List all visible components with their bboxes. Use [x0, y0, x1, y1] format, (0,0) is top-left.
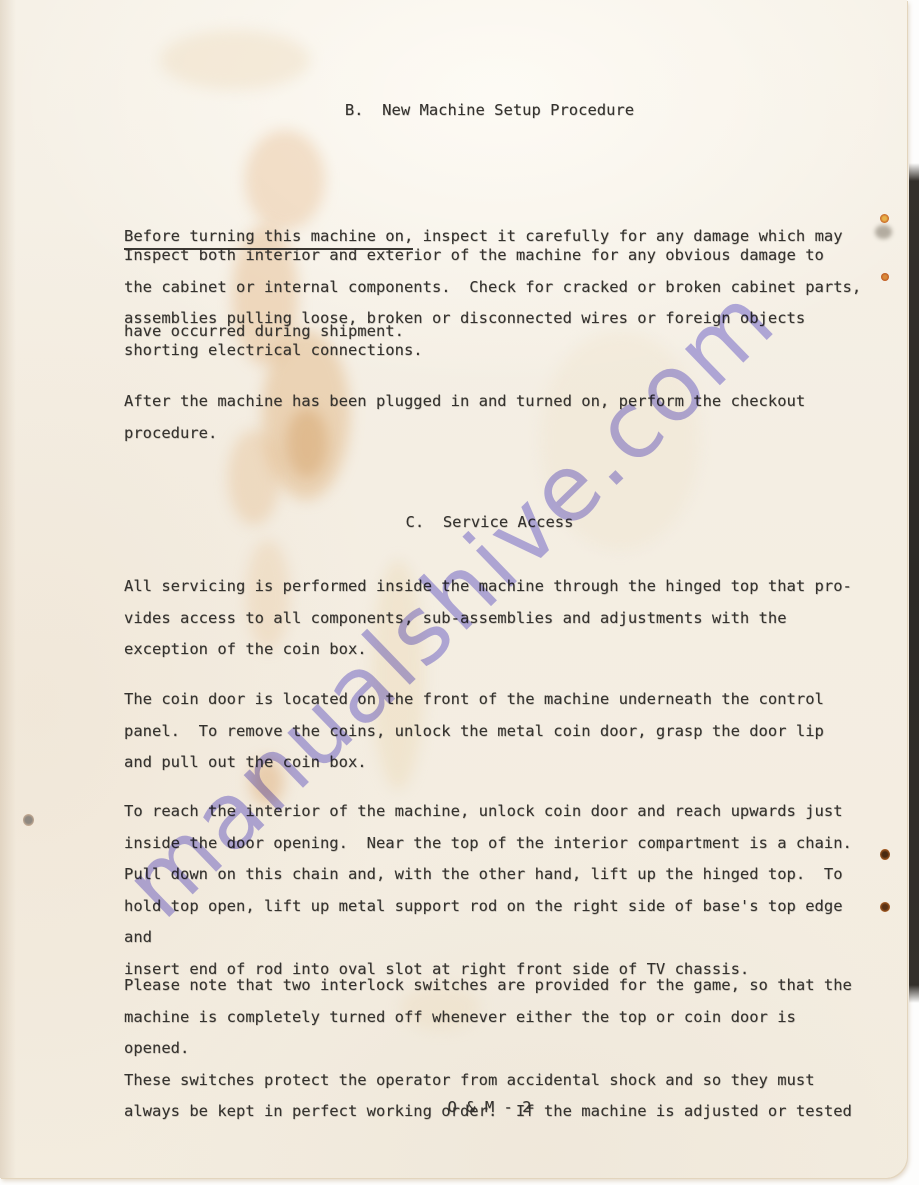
section-heading-new-machine-setup: B. New Machine Setup Procedure: [124, 95, 855, 127]
paper-speck: [880, 849, 890, 860]
paragraph-checkout-procedure: After the machine has been plugged in an…: [124, 386, 864, 449]
paragraph-inspect-interior-exterior: Inspect both interior and exterior of th…: [124, 240, 864, 366]
paper-stain: [160, 30, 310, 90]
section-heading-service-access: C. Service Access: [124, 507, 855, 539]
paper-smudge: [875, 225, 892, 239]
scanned-page: B. New Machine Setup Procedure Before tu…: [0, 0, 919, 1185]
paper-speck: [880, 902, 890, 912]
paper-sheet: B. New Machine Setup Procedure Before tu…: [0, 0, 907, 1178]
paragraph-reach-interior: To reach the interior of the machine, un…: [124, 796, 864, 985]
staple-hole: [23, 814, 34, 826]
page-number: O & M - 2: [124, 1092, 855, 1124]
paper-speck: [880, 214, 889, 223]
scan-edge-strip: [909, 163, 919, 1003]
paragraph-servicing-hinged-top: All servicing is performed inside the ma…: [124, 571, 864, 666]
paragraph-coin-door-location: The coin door is located on the front of…: [124, 684, 864, 779]
paper-speck: [881, 273, 889, 281]
